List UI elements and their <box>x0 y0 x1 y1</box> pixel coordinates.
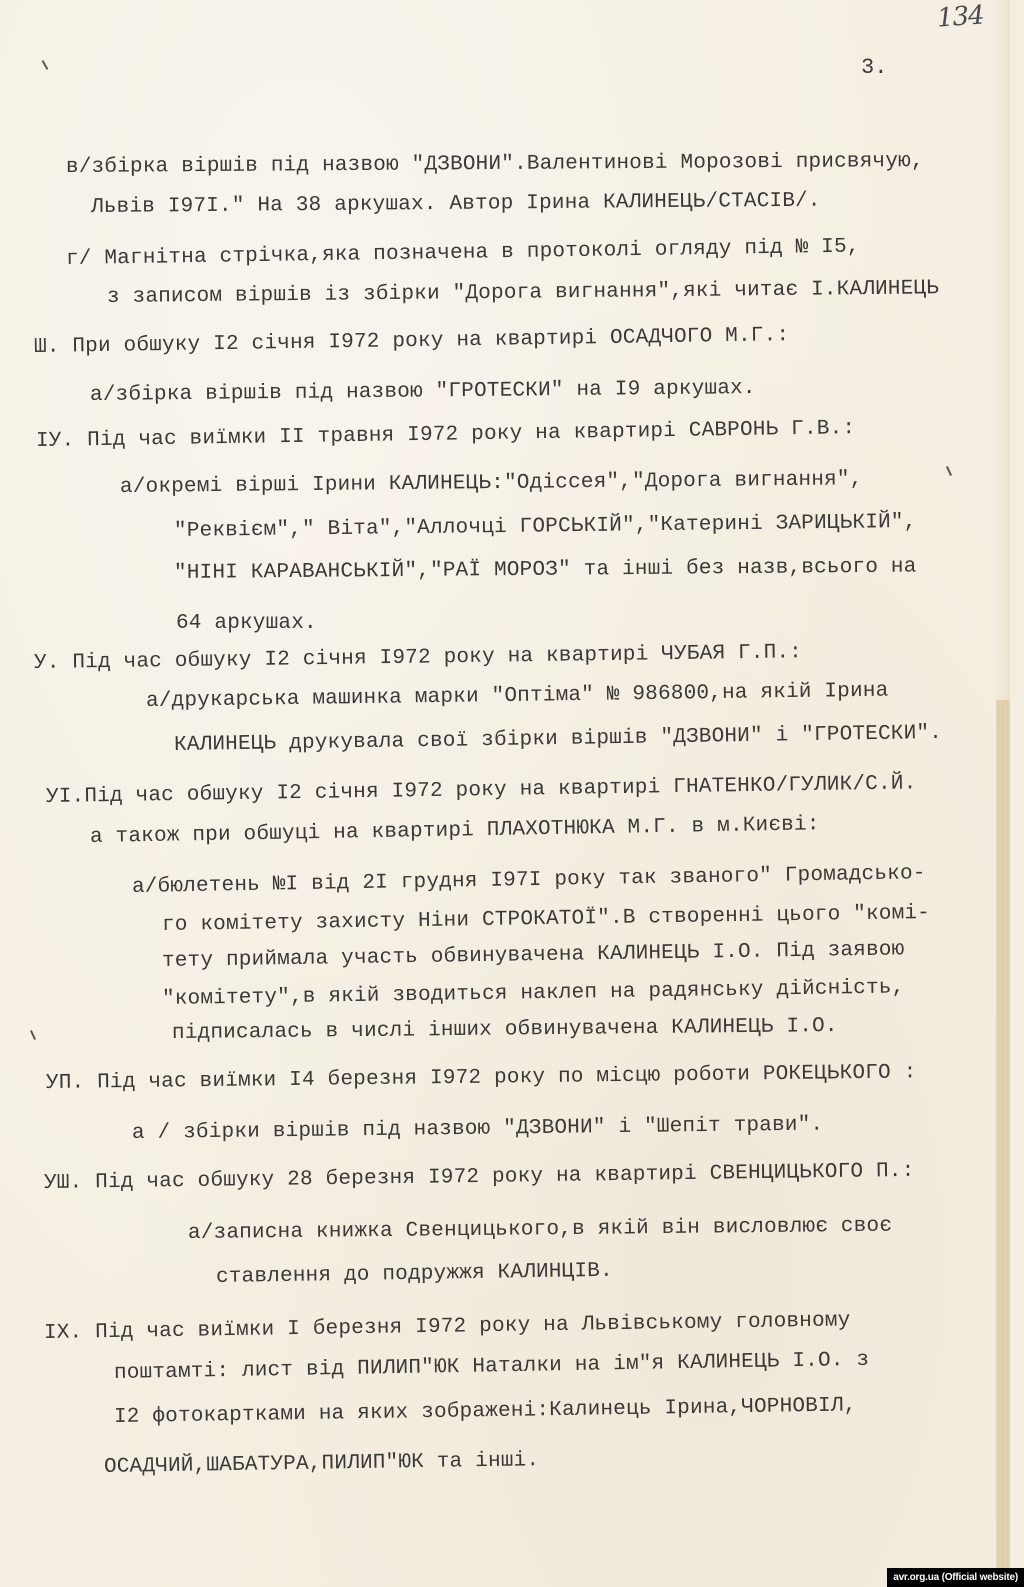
page-stack-edges <box>996 700 1010 1587</box>
section-VI-heading-line-1: УІ.Під час обшуку I2 січня I972 року на … <box>46 772 917 809</box>
section-VII-item-a: а / збірки віршів під назвою "ДЗВОНИ" і … <box>132 1114 824 1145</box>
item-v-line-2: Львів I97I." На 38 аркушах. Автор Ірина … <box>91 190 821 219</box>
document-page: 134 3. в/збірка віршів під назвою "ДЗВОН… <box>0 0 1010 1587</box>
section-VIII-heading: УШ. Під час обшуку 28 березня I972 року … <box>44 1160 915 1195</box>
source-watermark: avr.org.ua (Official website) <box>887 1568 1024 1587</box>
section-IX-line-3: I2 фотокартками на яких зображені:Калине… <box>114 1394 857 1429</box>
section-VI-heading-line-2: а також при обшуці на квартирі ПЛАХОТНЮК… <box>90 813 820 849</box>
section-IV-item-a-line-4: 64 аркушах. <box>176 612 317 635</box>
section-IX-line-2: поштамті: лист від ПИЛИП"ЮК Наталки на і… <box>114 1349 870 1385</box>
page-edge-top <box>996 0 1010 700</box>
section-IV-heading: ІУ. Під час виїмки II травня I972 року н… <box>36 417 856 453</box>
section-VIII-item-a-line-1: а/записна книжка Свенцицького,в якій він… <box>188 1215 892 1245</box>
section-V-item-a-line-2: КАЛИНЕЦЬ друкувала свої збірки віршів "Д… <box>174 722 942 757</box>
stray-mark <box>30 1030 36 1040</box>
item-g-line-2: з записом віршів із збірки "Дорога вигна… <box>107 277 939 309</box>
section-IV-item-a-line-1: а/окремі вірші Ірини КАЛИНЕЦЬ:"Одіссея",… <box>120 468 863 499</box>
section-III-heading: Ш. При обшуку I2 січня I972 року на квар… <box>34 324 790 359</box>
section-IV-item-a-line-2: "Реквієм"," Віта","Аллочці ГОРСЬКІЙ","Ка… <box>174 511 917 543</box>
section-V-item-a-line-1: а/друкарська машинка марки "Оптіма" № 98… <box>146 680 889 713</box>
section-V-heading: У. Під час обшуку I2 січня I972 року на … <box>34 641 802 675</box>
section-IX-heading: ІХ. Під час виїмки I березня I972 року н… <box>44 1309 851 1345</box>
item-g-line-1: г/ Магнітна стрічка,яка позначена в прот… <box>66 236 860 271</box>
stray-mark <box>42 60 49 70</box>
section-VI-item-a-line-1: а/бюлетень №I від 2I грудня I97I року та… <box>132 862 926 899</box>
section-VI-item-a-line-4: "комітету",в якій зводиться наклеп на ра… <box>162 976 905 1011</box>
item-v-line-1: в/збірка віршів під назвою "ДЗВОНИ".Вале… <box>66 150 924 179</box>
stray-mark <box>946 466 952 476</box>
page-number: 3. <box>861 55 887 80</box>
section-IV-item-a-line-3: "НІНІ КАРАВАНСЬКІЙ","РАЇ МОРОЗ" та інші … <box>174 556 917 585</box>
section-VIII-item-a-line-2: ставлення до подружжя КАЛИНЦІВ. <box>216 1260 613 1289</box>
section-VII-heading: УП. Під час виїмки I4 березня I972 року … <box>46 1061 917 1095</box>
archive-folio-number: 134 <box>936 0 985 33</box>
section-III-item-a: а/збірка віршів під назвою "ГРОТЕСКИ" на… <box>90 377 756 407</box>
section-IX-line-4: ОСАДЧИЙ,ШАБАТУРА,ПИЛИП"ЮК та інші. <box>104 1449 540 1479</box>
section-VI-item-a-line-2: го комітету захисту Ніни СТРОКАТОЇ".В ст… <box>162 902 930 937</box>
section-VI-item-a-line-5: підписалась в числі інших обвинувачена К… <box>172 1015 838 1045</box>
section-VI-item-a-line-3: тету приймала участь обвинувачена КАЛИНЕ… <box>162 938 905 973</box>
